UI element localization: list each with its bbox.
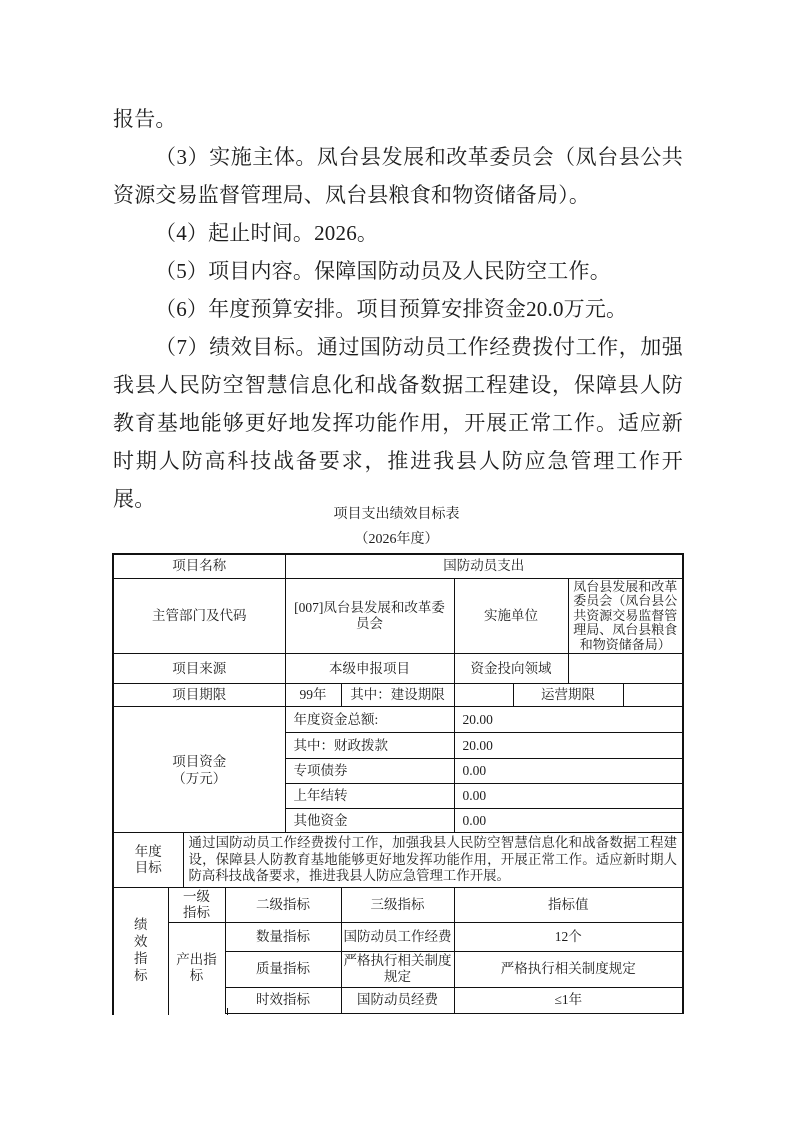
fund-item-value: 20.00 bbox=[454, 707, 683, 733]
fund-item-name: 上年结转 bbox=[285, 784, 454, 809]
dept-value: [007]凤台县发展和改革委员会 bbox=[285, 578, 454, 654]
indicator-group-label: 产出指标 bbox=[168, 922, 225, 1013]
run-period-label: 运营期限 bbox=[513, 684, 623, 707]
run-period-value bbox=[623, 684, 683, 707]
level3-header: 三级指标 bbox=[341, 887, 454, 922]
body-text-block: 报告。 （3）实施主体。凤台县发展和改革委员会（凤台县公共资源交易监督管理局、凤… bbox=[113, 100, 683, 518]
fund-item-value: 20.00 bbox=[454, 733, 683, 759]
funds-label-text: 项目资金（万元） bbox=[169, 753, 230, 787]
paragraph: （5）项目内容。保障国防动员及人民防空工作。 bbox=[113, 252, 683, 290]
paragraph: （7）绩效目标。通过国防动员工作经费拨付工作，加强我县人民防空智慧信息化和战备数… bbox=[113, 328, 683, 518]
level2-header: 二级指标 bbox=[225, 887, 341, 922]
build-period-value bbox=[454, 684, 513, 707]
invest-field-label: 资金投向领域 bbox=[454, 654, 568, 684]
indicator-level2: 数量指标 bbox=[225, 922, 341, 951]
fund-item-value: 0.00 bbox=[454, 784, 683, 809]
fund-item-name: 年度资金总额: bbox=[285, 707, 454, 733]
indicator-level2: 质量指标 bbox=[225, 951, 341, 987]
table-title: 项目支出绩效目标表 bbox=[0, 504, 793, 526]
fund-item-value: 0.00 bbox=[454, 809, 683, 833]
level1-header: 一级指标 bbox=[168, 887, 225, 922]
paragraph: （3）实施主体。凤台县发展和改革委员会（凤台县公共资源交易监督管理局、凤台县粮食… bbox=[113, 138, 683, 214]
period-value: 99年 bbox=[285, 684, 341, 707]
dept-label: 主管部门及代码 bbox=[113, 578, 285, 654]
indicator-level3: 国防动员经费 bbox=[341, 987, 454, 1013]
table-subtitle: （2026年度） bbox=[0, 529, 793, 551]
indicator-level3: 国防动员工作经费 bbox=[341, 922, 454, 951]
annual-goal-text: 通过国防动员工作经费拨付工作，加强我县人民防空智慧信息化和战备数据工程建设，保障… bbox=[183, 833, 683, 888]
indicator-value-header: 指标值 bbox=[454, 887, 683, 922]
paragraph: （4）起止时间。2026。 bbox=[113, 214, 683, 252]
fund-item-name: 专项债券 bbox=[285, 759, 454, 784]
document-page: 报告。 （3）实施主体。凤台县发展和改革委员会（凤台县公共资源交易监督管理局、凤… bbox=[0, 0, 793, 1122]
performance-target-table: 项目名称 国防动员支出 主管部门及代码 [007]凤台县发展和改革委员会 实施单… bbox=[112, 553, 684, 1014]
funds-label: 项目资金（万元） bbox=[113, 707, 285, 833]
impl-unit-value: 凤台县发展和改革委员会（凤台县公共资源交易监督管理局、凤台县粮食和物资储备局） bbox=[568, 578, 683, 654]
period-label: 项目期限 bbox=[113, 684, 285, 707]
table-continuation-divider bbox=[168, 1008, 169, 1015]
indicator-value: 12个 bbox=[454, 922, 683, 951]
table-continuation-borders bbox=[112, 1008, 228, 1015]
indicators-label-text: 绩效指标 bbox=[132, 916, 150, 984]
impl-unit-label: 实施单位 bbox=[454, 578, 568, 654]
project-name-label: 项目名称 bbox=[113, 554, 285, 578]
indicator-group-text: 产出指标 bbox=[174, 952, 220, 984]
paragraph: 报告。 bbox=[113, 100, 683, 138]
paragraph: （6）年度预算安排。项目预算安排资金20.0万元。 bbox=[113, 290, 683, 328]
indicator-value: ≤1年 bbox=[454, 987, 683, 1013]
annual-goal-label: 年度目标 bbox=[113, 833, 183, 888]
annual-goal-label-text: 年度目标 bbox=[133, 844, 164, 876]
invest-field-value bbox=[568, 654, 683, 684]
indicator-level2: 时效指标 bbox=[225, 987, 341, 1013]
indicator-level3: 严格执行相关制度规定 bbox=[341, 951, 454, 987]
fund-item-name: 其中：财政拨款 bbox=[285, 733, 454, 759]
fund-item-value: 0.00 bbox=[454, 759, 683, 784]
indicators-label: 绩效指标 bbox=[113, 887, 168, 1013]
build-period-label: 其中：建设期限 bbox=[341, 684, 454, 707]
level1-header-text: 一级指标 bbox=[181, 889, 212, 921]
project-name-value: 国防动员支出 bbox=[285, 554, 683, 578]
source-label: 项目来源 bbox=[113, 654, 285, 684]
fund-item-name: 其他资金 bbox=[285, 809, 454, 833]
indicator-value: 严格执行相关制度规定 bbox=[454, 951, 683, 987]
source-value: 本级申报项目 bbox=[285, 654, 454, 684]
